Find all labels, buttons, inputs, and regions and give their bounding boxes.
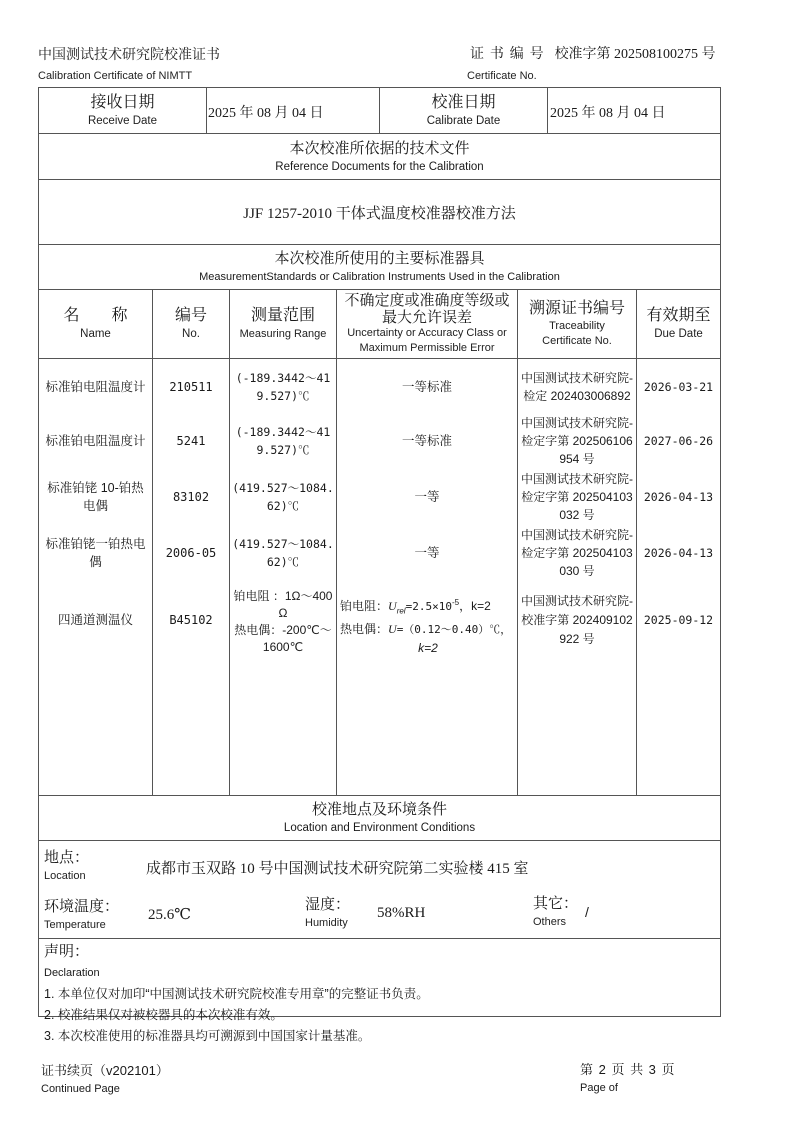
- column-header-no: 编号 No.: [153, 290, 229, 358]
- col-due-cn: 有效期至: [646, 306, 710, 326]
- reference-docs-title-en: Reference Documents for the Calibration: [275, 159, 483, 175]
- declaration-item: 1. 本单位仅对加印“中国测试技术研究院校准专用章”的完整证书负责。: [44, 984, 714, 1005]
- declaration-item: 3. 本次校准使用的标准器具均可溯源到中国国家计量基准。: [44, 1026, 714, 1047]
- temperature-value: 25.6℃: [148, 905, 191, 924]
- reference-document: JJF 1257-2010 干体式温度校准器校准方法: [39, 180, 720, 244]
- calibrate-date-label-cn: 校准日期: [431, 93, 495, 113]
- instruments-title-cn: 本次校准所使用的主要标准器具: [274, 249, 484, 269]
- col-name-cn: 名 称: [63, 306, 127, 326]
- row5-uncertainty-k: k=2: [340, 639, 516, 658]
- humidity-label-cn: 湿度：: [305, 895, 350, 915]
- row3-due: 2026-04-13: [637, 470, 720, 524]
- unc-exponent: -5: [452, 598, 459, 607]
- humidity-label: 湿度： Humidity: [305, 895, 350, 931]
- col-traceability-cn: 溯源证书编号: [529, 299, 625, 319]
- temperature-label-cn: 环境温度：: [44, 897, 119, 917]
- row5-range-resistance: 铂电阻 ：1Ω～400Ω: [231, 588, 335, 622]
- row2-no: 5241: [153, 414, 229, 468]
- col-traceability-en: Traceability Certificate No.: [518, 319, 636, 349]
- page-number-en: Page of: [580, 1082, 618, 1094]
- column-header-name: 名 称 Name: [39, 290, 152, 358]
- institute-title-en: Calibration Certificate of NIMTT: [38, 70, 192, 82]
- row1-range: (-189.3442～419.527)℃: [232, 360, 334, 414]
- unc-thermocouple-label: 热电偶：: [340, 622, 388, 636]
- row3-uncertainty: 一等: [337, 470, 517, 524]
- unc-value: =2.5×10: [406, 600, 452, 613]
- reference-docs-heading: 本次校准所依据的技术文件 Reference Documents for the…: [39, 134, 720, 179]
- row2-traceability: 中国测试技术研究院-检定字第 202506106954 号: [519, 412, 635, 470]
- col-uncertainty-en: Uncertainty or Accuracy Class or Maximum…: [337, 326, 517, 356]
- declaration-title-en: Declaration: [44, 964, 714, 982]
- row5-uncertainty: 铂电阻：Urel=2.5×10-5，k=2 热电偶：U=（0.12～0.40）℃…: [340, 593, 516, 658]
- unc-value-2: =（0.12～0.40）℃，: [397, 623, 512, 636]
- row1-uncertainty: 一等标准: [337, 360, 517, 414]
- row2-name: 标准铂电阻温度计: [39, 414, 152, 468]
- receive-date-label-cn: 接收日期: [90, 93, 154, 113]
- temperature-label-en: Temperature: [44, 917, 119, 933]
- location-label: 地点： Location: [44, 848, 89, 884]
- row5-range: 铂电阻 ：1Ω～400Ω 热电偶：-200℃～1600℃: [231, 584, 335, 660]
- calibrate-date-label-en: Calibrate Date: [427, 113, 501, 129]
- receive-date-value: 2025 年 08 月 04 日: [208, 102, 324, 122]
- certificate-number: 证 书 编 号 校准字第 202508100275 号: [470, 43, 716, 63]
- row5-due: 2025-09-12: [637, 590, 720, 650]
- unc-subscript: rel: [397, 606, 406, 615]
- location-label-en: Location: [44, 868, 89, 884]
- row2-due: 2027-06-26: [637, 414, 720, 468]
- calibrate-date-value: 2025 年 08 月 04 日: [550, 102, 666, 122]
- page-number-cn: 第 2 页 共 3 页: [580, 1059, 675, 1078]
- col-no-cn: 编号: [175, 306, 207, 326]
- row4-traceability: 中国测试技术研究院-检定字第 202504103030 号: [519, 524, 635, 582]
- unc-symbol-2: U: [388, 622, 397, 636]
- continued-page-cn: 证书续页（v202101）: [41, 1060, 169, 1079]
- row3-range: (419.527～1084.62)℃: [232, 470, 334, 524]
- row5-uncertainty-resistance: 铂电阻：Urel=2.5×10-5，k=2: [340, 593, 516, 620]
- row2-range: (-189.3442～419.527)℃: [232, 414, 334, 468]
- row1-traceability: 中国测试技术研究院-检定 202403006892: [519, 358, 635, 416]
- continued-page-en: Continued Page: [41, 1083, 120, 1095]
- row3-name: 标准铂铑 10-铂热电偶: [39, 470, 152, 524]
- instruments-heading: 本次校准所使用的主要标准器具 MeasurementStandards or C…: [39, 245, 720, 289]
- unc-resistance-label: 铂电阻：: [340, 599, 388, 613]
- row4-uncertainty: 一等: [337, 526, 517, 580]
- environment-heading: 校准地点及环境条件 Location and Environment Condi…: [39, 796, 720, 840]
- row2-uncertainty: 一等标准: [337, 414, 517, 468]
- row5-range-thermocouple: 热电偶：-200℃～1600℃: [231, 622, 335, 656]
- row1-due: 2026-03-21: [637, 360, 720, 414]
- environment-title-en: Location and Environment Conditions: [284, 820, 475, 836]
- row5-uncertainty-thermocouple: 热电偶：U=（0.12～0.40）℃，: [340, 620, 516, 639]
- row5-traceability: 中国测试技术研究院-校准字第 202409102922 号: [519, 590, 635, 650]
- calibrate-date-label: 校准日期 Calibrate Date: [380, 88, 547, 133]
- column-header-uncertainty: 不确定度或准确度等级或最大允许误差 Uncertainty or Accurac…: [337, 290, 517, 358]
- others-label: 其它： Others: [533, 894, 578, 930]
- declaration-title-cn: 声明：: [44, 942, 714, 962]
- reference-docs-title-cn: 本次校准所依据的技术文件: [289, 139, 469, 159]
- row4-name: 标准铂铑一铂热电偶: [39, 526, 152, 580]
- declaration: 声明： Declaration 1. 本单位仅对加印“中国测试技术研究院校准专用…: [44, 942, 714, 1047]
- location-label-cn: 地点：: [44, 848, 89, 868]
- row3-no: 83102: [153, 470, 229, 524]
- instruments-title-en: MeasurementStandards or Calibration Inst…: [199, 269, 560, 285]
- location-value: 成都市玉双路 10 号中国测试技术研究院第二实验楼 415 室: [146, 857, 529, 878]
- cert-no-label-en: Certificate No.: [467, 70, 537, 82]
- column-header-due-date: 有效期至 Due Date: [637, 290, 720, 358]
- column-header-traceability: 溯源证书编号 Traceability Certificate No.: [518, 290, 636, 358]
- environment-title-cn: 校准地点及环境条件: [312, 800, 447, 820]
- col-uncertainty-cn: 不确定度或准确度等级或最大允许误差: [337, 292, 517, 326]
- humidity-value: 58%RH: [377, 905, 425, 922]
- unc-k: ，k=2: [459, 599, 491, 613]
- temperature-label: 环境温度： Temperature: [44, 897, 119, 933]
- col-range-cn: 测量范围: [251, 306, 315, 326]
- row5-name: 四通道测温仪: [39, 590, 152, 650]
- unc-symbol: U: [388, 599, 397, 613]
- row4-no: 2006-05: [153, 526, 229, 580]
- cert-no-label: 证 书 编 号: [470, 45, 545, 61]
- others-label-en: Others: [533, 914, 578, 930]
- column-header-range: 测量范围 Measuring Range: [230, 290, 336, 358]
- cert-no-value: 校准字第 202508100275 号: [555, 47, 716, 62]
- row3-traceability: 中国测试技术研究院-检定字第 202504103032 号: [519, 468, 635, 526]
- col-no-en: No.: [182, 326, 200, 342]
- row1-no: 210511: [153, 360, 229, 414]
- col-range-en: Measuring Range: [240, 326, 327, 342]
- humidity-label-en: Humidity: [305, 915, 350, 931]
- receive-date-label: 接收日期 Receive Date: [39, 88, 206, 133]
- row1-name: 标准铂电阻温度计: [39, 360, 152, 414]
- col-name-en: Name: [80, 326, 111, 342]
- row4-due: 2026-04-13: [637, 526, 720, 580]
- others-value: /: [585, 904, 589, 920]
- row4-range: (419.527～1084.62)℃: [232, 526, 334, 580]
- row5-no: B45102: [153, 590, 229, 650]
- institute-title-cn: 中国测试技术研究院校准证书: [38, 44, 220, 64]
- declaration-item: 2. 校准结果仅对被校器具的本次校准有效。: [44, 1005, 714, 1026]
- col-due-en: Due Date: [654, 326, 703, 342]
- others-label-cn: 其它：: [533, 894, 578, 914]
- receive-date-label-en: Receive Date: [88, 113, 157, 129]
